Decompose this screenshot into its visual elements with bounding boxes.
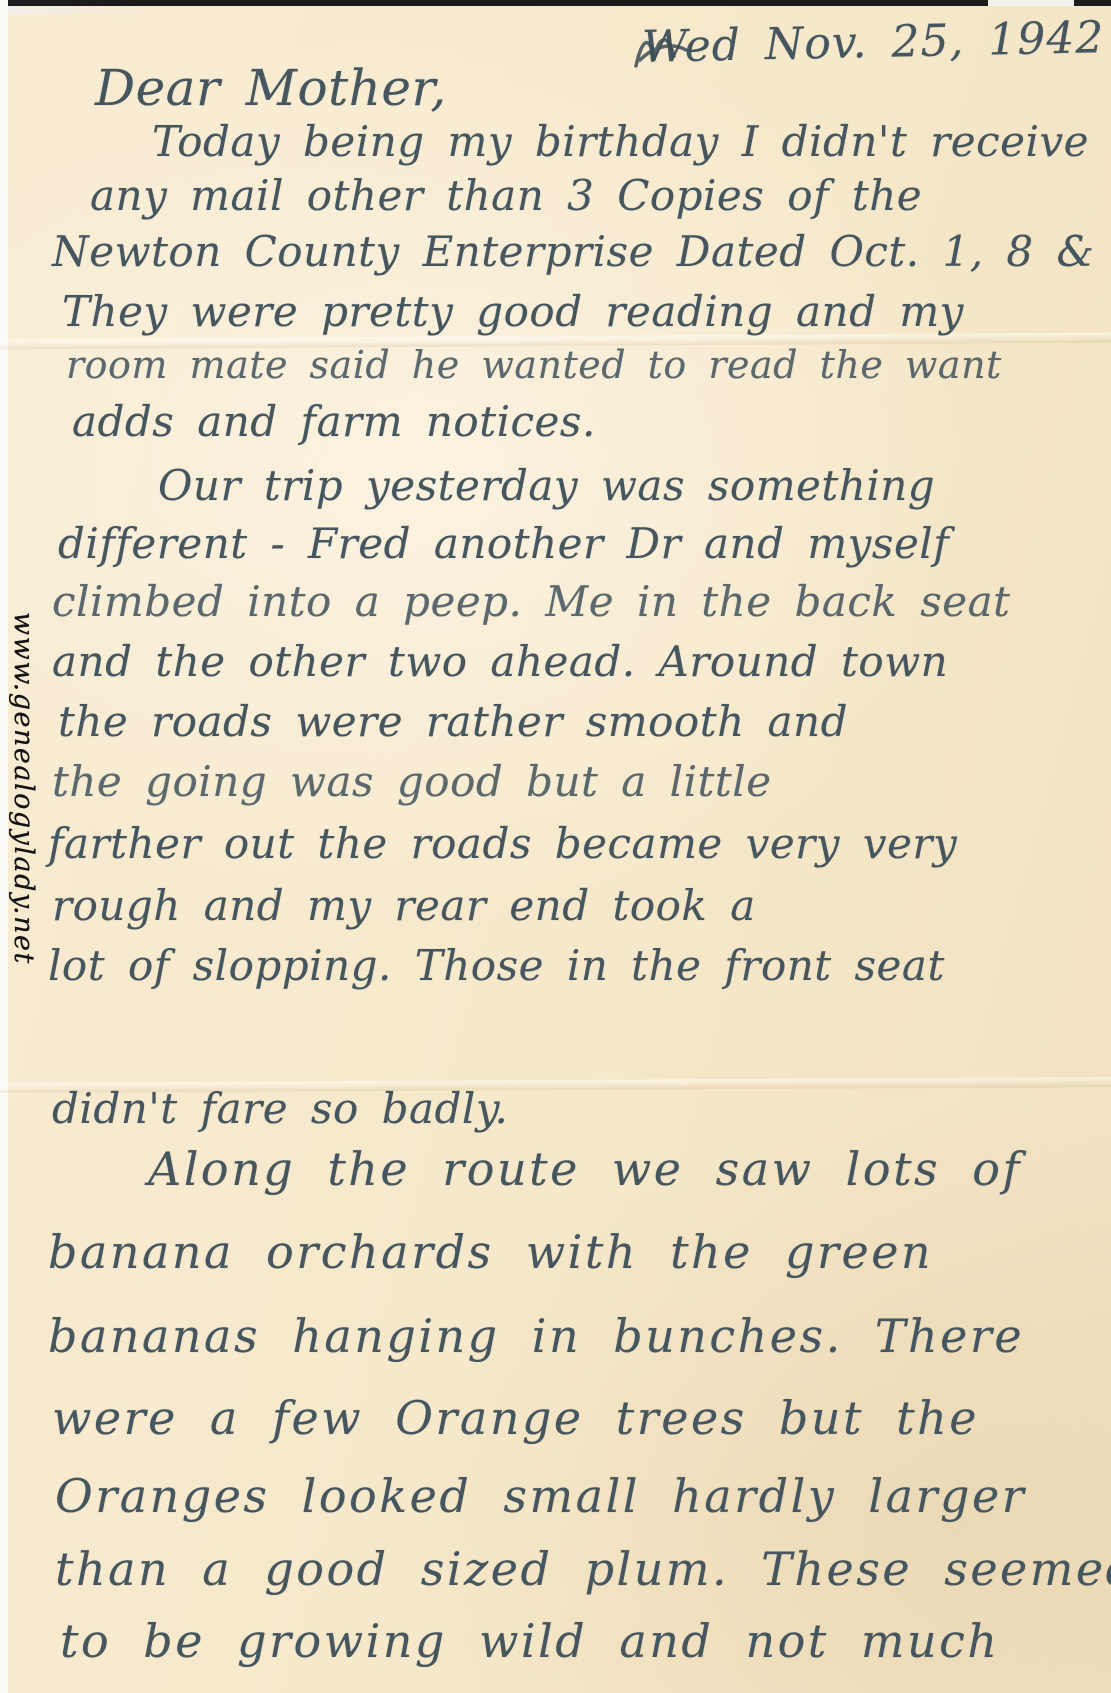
letter-line: the roads were rather smooth and bbox=[58, 698, 848, 746]
letter-line: the going was good but a little bbox=[52, 758, 772, 806]
letter-line: than a good sized plum. These seemed bbox=[55, 1543, 1111, 1596]
scan-top-edge-gap bbox=[988, 0, 1074, 6]
letter-line: Our trip yesterday was something bbox=[158, 462, 935, 510]
letter-line: Newton County Enterprise Dated Oct. 1, 8… bbox=[52, 228, 1111, 276]
watermark-url: www.genealogylady.net bbox=[8, 612, 39, 965]
letter-line: were a few Orange trees but the bbox=[52, 1392, 979, 1445]
letter-line: Along the route we saw lots of bbox=[148, 1143, 1022, 1196]
letter-line: different - Fred another Dr and myself bbox=[58, 520, 949, 568]
letter-line: adds and farm notices. bbox=[72, 398, 596, 446]
letter-line: and the other two ahead. Around town bbox=[52, 638, 948, 686]
date-line: Wed Nov. 25, 1942 bbox=[642, 13, 1105, 73]
letter-line: to be growing wild and not much bbox=[60, 1615, 1000, 1668]
letter-line: farther out the roads became very very bbox=[48, 820, 957, 868]
letter-line: lot of slopping. Those in the front seat bbox=[48, 942, 945, 990]
letter-line: They were pretty good reading and my bbox=[62, 288, 964, 336]
letter-line: bananas hanging in bunches. There bbox=[48, 1310, 1024, 1363]
scan-left-edge bbox=[0, 0, 8, 1693]
letter-line: didn't fare so badly. bbox=[52, 1085, 508, 1133]
scan-top-edge bbox=[0, 0, 1111, 6]
overwritten-day-scribble-icon bbox=[628, 26, 708, 78]
letter-line: rough and my rear end took a bbox=[52, 882, 756, 930]
letter-line: Today being my birthday I didn't receive bbox=[152, 118, 1089, 166]
letter-line: climbed into a peep. Me in the back seat bbox=[52, 578, 1011, 626]
salutation: Dear Mother, bbox=[95, 60, 447, 118]
letter-line: room mate said he wanted to read the wan… bbox=[66, 344, 1002, 388]
letter-scan: www.genealogylady.net Wed Nov. 25, 1942 … bbox=[0, 0, 1111, 1693]
letter-line: any mail other than 3 Copies of the bbox=[90, 172, 922, 220]
letter-line: banana orchards with the green bbox=[48, 1226, 933, 1279]
letter-line: Oranges looked small hardly larger bbox=[55, 1470, 1026, 1523]
scan-corner-sliver bbox=[8, 6, 148, 14]
